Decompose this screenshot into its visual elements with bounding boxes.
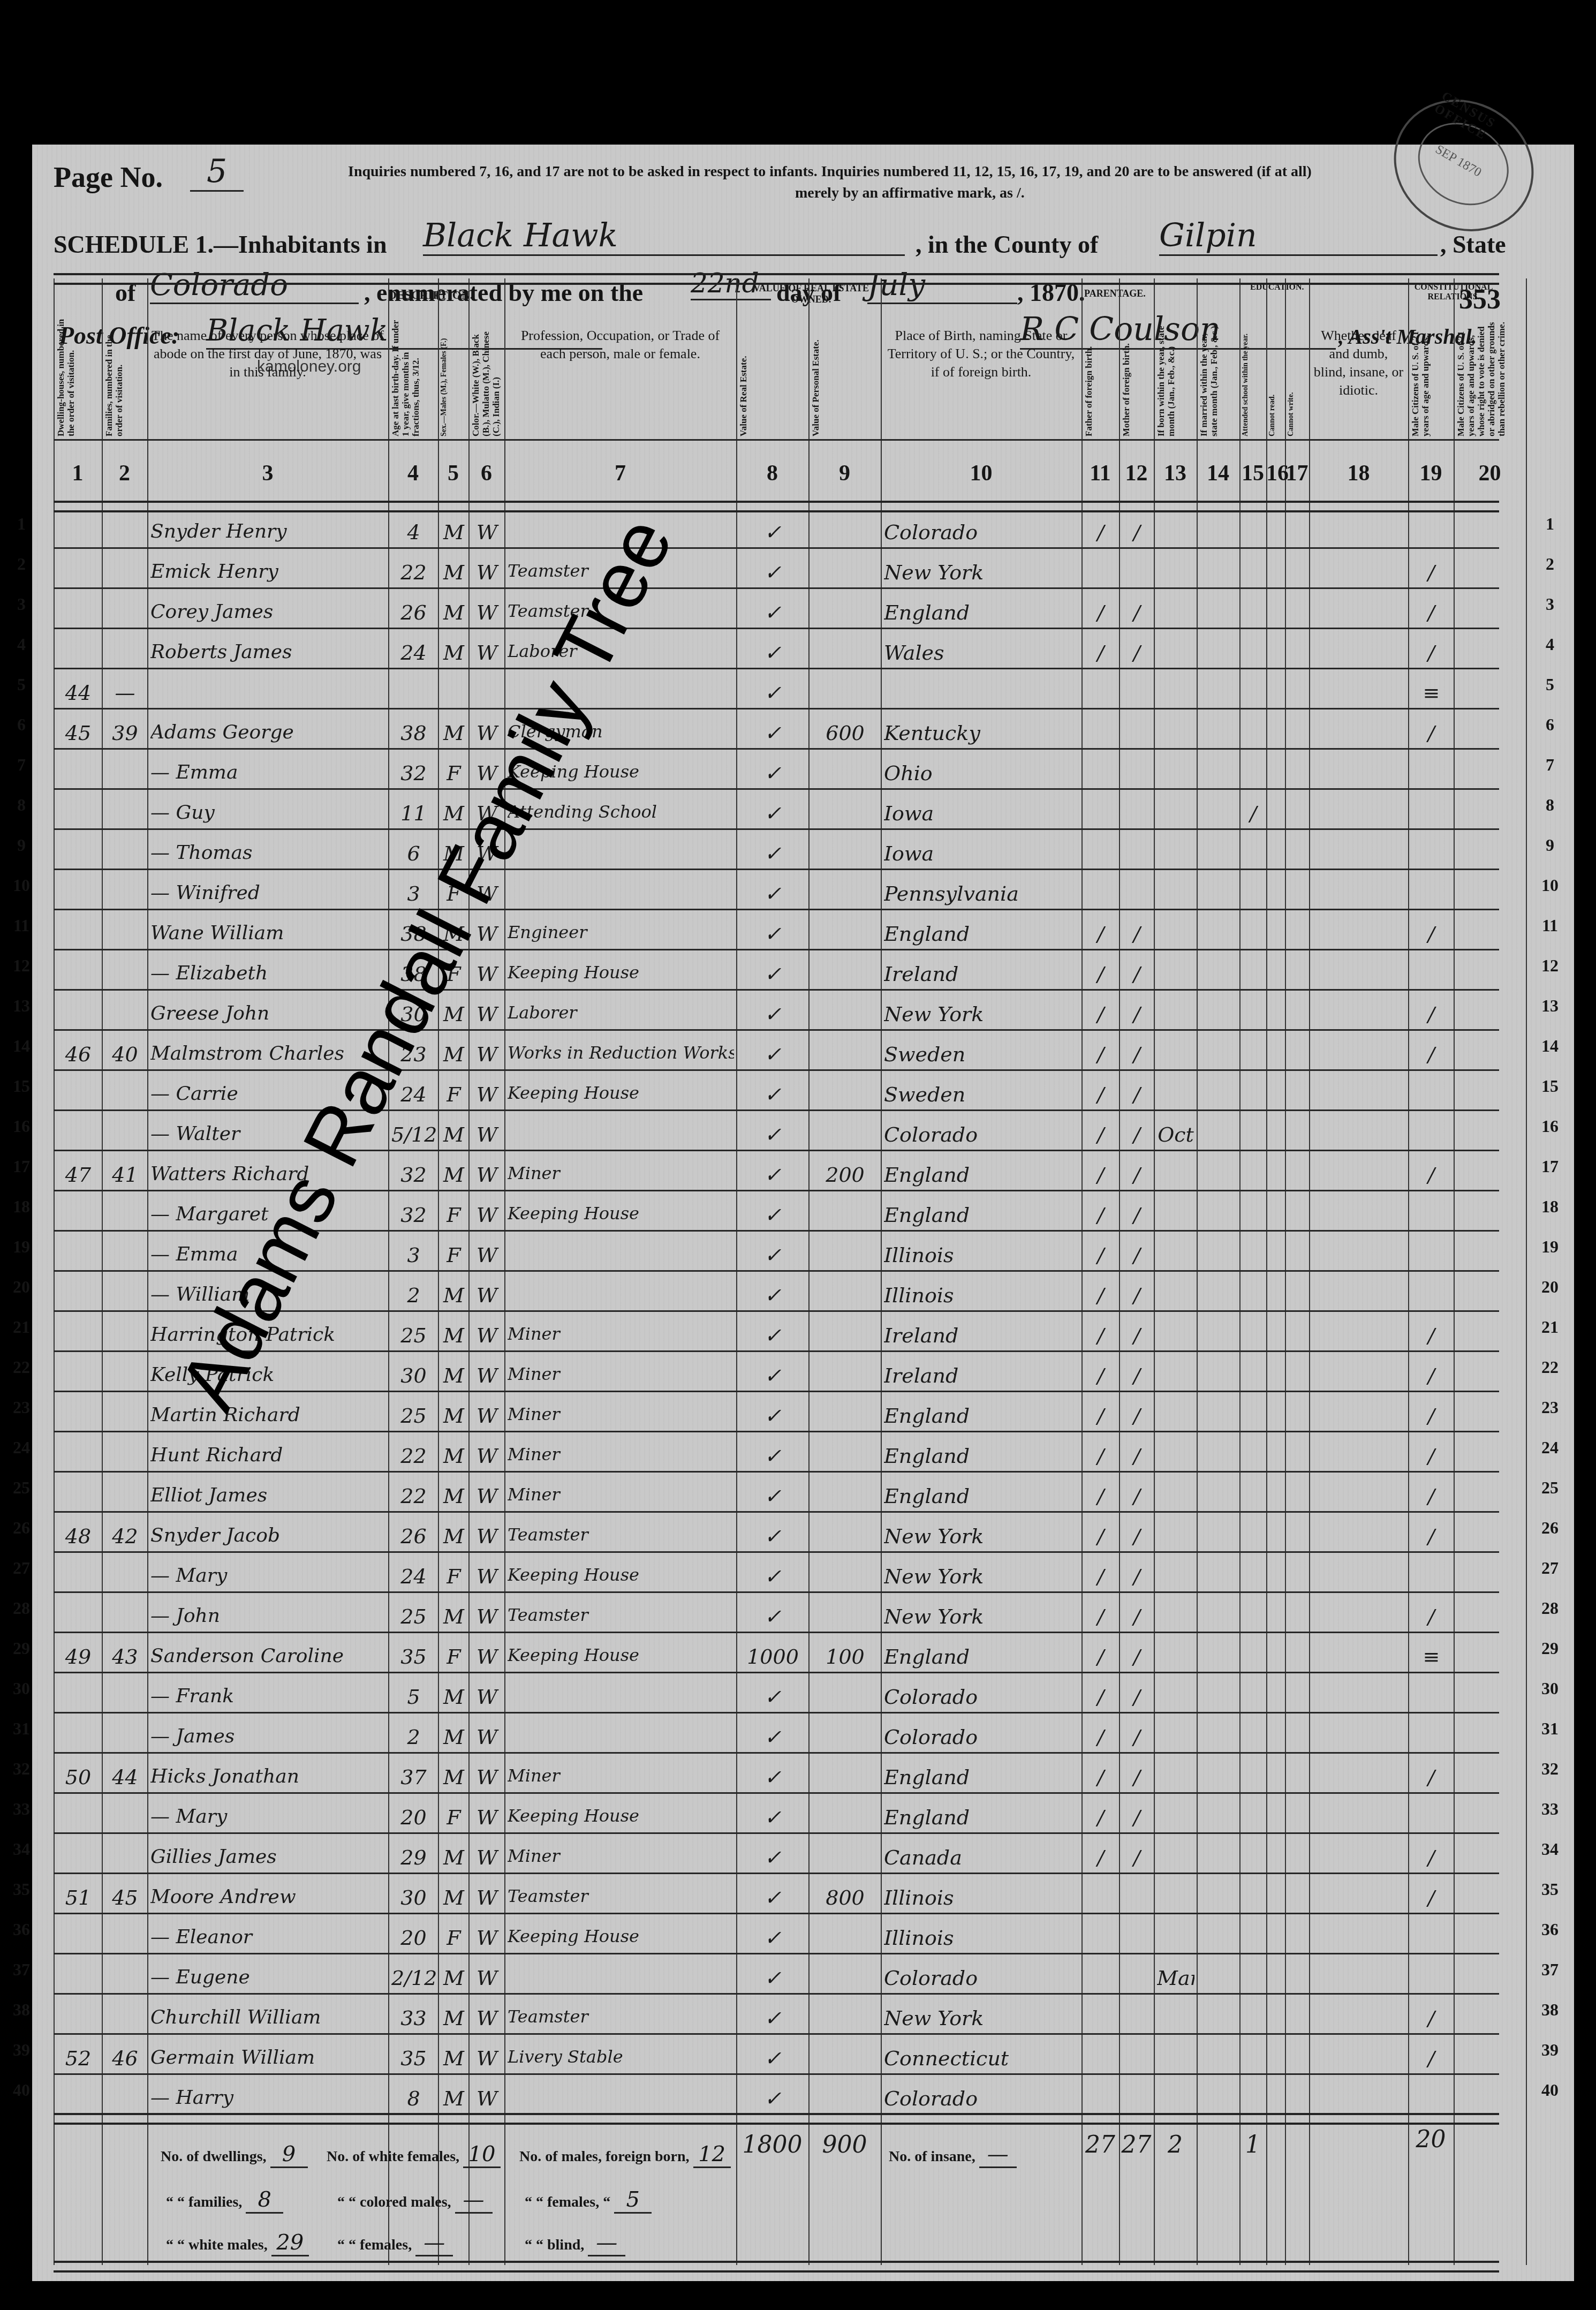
cell-sex: M [441, 1725, 466, 1749]
cell-age: 3 [391, 1243, 436, 1267]
row-rule [54, 1712, 1499, 1713]
row-rule [54, 1591, 1499, 1593]
cell-age: 2/12 [391, 1966, 436, 1990]
row-rule [54, 547, 1499, 549]
cell-father-foreign: / [1085, 1404, 1117, 1428]
cell-name: Wane William [150, 922, 386, 944]
cell-birthplace: Illinois [884, 1243, 1079, 1267]
total-colored-females: “ “ females, — [337, 2230, 453, 2256]
cell-real: ✓ [739, 1765, 806, 1789]
cell-color: W [472, 2006, 502, 2030]
cell-mother-foreign: / [1122, 1243, 1152, 1267]
cell-real: ✓ [739, 1444, 806, 1468]
cell-born-month: Oct [1157, 1123, 1194, 1146]
cell-father-foreign: / [1085, 1364, 1117, 1387]
cell-real: ✓ [739, 1524, 806, 1548]
cell-color: W [472, 1605, 502, 1628]
cell-name: Emick Henry [150, 561, 386, 583]
cell-sex: M [441, 1484, 466, 1508]
cell-color: W [472, 1886, 502, 1909]
cell-father-foreign: / [1085, 1203, 1117, 1227]
line-number-left: 30 [8, 1679, 35, 1698]
cell-citizen: / [1411, 1002, 1451, 1026]
cell-name: Gillies James [150, 1846, 386, 1868]
line-number-right: 25 [1537, 1478, 1563, 1498]
cell-color: W [472, 1364, 502, 1387]
cell-age: 32 [391, 1163, 436, 1187]
cell-personal: 600 [812, 721, 879, 745]
cell-citizen: / [1411, 721, 1451, 745]
line-number-left: 16 [8, 1116, 35, 1136]
cell-father-foreign: / [1085, 1083, 1117, 1106]
cell-sex: M [441, 1765, 466, 1789]
cell-birthplace: England [884, 1806, 1079, 1829]
total-females-foreign-value: 5 [614, 2187, 652, 2214]
total-females-foreign-label: “ “ females, “ [525, 2194, 610, 2210]
line-number-right: 35 [1537, 1879, 1563, 1899]
column-header-15: Attended school within the year. [1242, 316, 1264, 436]
line-number-right: 33 [1537, 1799, 1563, 1819]
cell-sex: M [441, 1043, 466, 1066]
total-colored-females-label: “ “ females, [337, 2237, 412, 2253]
cell-mother-foreign: / [1122, 1806, 1152, 1829]
cell-sex: M [441, 721, 466, 745]
column-divider [388, 278, 389, 2265]
total-citizens: 20 [1408, 2126, 1454, 2153]
cell-color: W [472, 1565, 502, 1588]
cell-age: 24 [391, 641, 436, 665]
line-number-right: 5 [1537, 675, 1563, 694]
total-born-within-year: 2 [1154, 2131, 1197, 2158]
cell-real: ✓ [739, 1002, 806, 1026]
column-number-8: 8 [736, 461, 808, 486]
cell-name: Corey James [150, 601, 386, 623]
cell-mother-foreign: / [1122, 1203, 1152, 1227]
row-rule [54, 1873, 1499, 1874]
line-number-left: 38 [8, 2000, 35, 2020]
cell-birthplace: Connecticut [884, 2047, 1079, 2070]
cell-mother-foreign: / [1122, 1725, 1152, 1749]
cell-father-foreign: / [1085, 1484, 1117, 1508]
line-number-right: 21 [1537, 1317, 1563, 1337]
line-number-right: 23 [1537, 1398, 1563, 1417]
column-header-3: The name of every person whose place of … [152, 327, 384, 381]
cell-sex: M [441, 1284, 466, 1307]
line-number-left: 5 [8, 675, 35, 694]
cell-citizen: / [1411, 561, 1451, 584]
line-number-right: 15 [1537, 1076, 1563, 1096]
cell-age: 22 [391, 561, 436, 584]
column-number-9: 9 [808, 461, 881, 486]
row-rule [54, 1551, 1499, 1553]
cell-family: 45 [105, 1886, 145, 1909]
total-colored-females-value: — [415, 2230, 453, 2256]
line-number-left: 4 [8, 635, 35, 654]
line-number-right: 38 [1537, 2000, 1563, 2020]
cell-occupation: Teamster [508, 1524, 734, 1545]
cell-family: 42 [105, 1524, 145, 1548]
cell-birthplace: Iowa [884, 842, 1079, 865]
line-number-left: 32 [8, 1759, 35, 1779]
line-number-left: 22 [8, 1357, 35, 1377]
column-header-9: Value of Personal Estate. [811, 316, 879, 436]
cell-real: ✓ [739, 1565, 806, 1588]
cell-citizen: / [1411, 1765, 1451, 1789]
cell-birthplace: Ireland [884, 962, 1079, 986]
cell-sex: F [441, 1203, 466, 1227]
line-number-left: 1 [8, 514, 35, 534]
cell-age: 26 [391, 1524, 436, 1548]
total-dwellings: No. of dwellings, 9 [161, 2142, 308, 2168]
cell-color: W [472, 1043, 502, 1066]
column-divider [1119, 278, 1120, 2265]
cell-color: W [472, 1926, 502, 1950]
line-number-right: 8 [1537, 795, 1563, 815]
row-rule [54, 1511, 1499, 1513]
row-rule [54, 1431, 1499, 1432]
cell-mother-foreign: / [1122, 601, 1152, 624]
column-number-13: 13 [1154, 461, 1197, 486]
line-number-left: 31 [8, 1719, 35, 1739]
column-divider [438, 278, 439, 2265]
line-number-left: 3 [8, 594, 35, 614]
cell-occupation: Keeping House [508, 1926, 734, 1946]
total-blind-value: — [588, 2230, 625, 2256]
cell-sex: M [441, 641, 466, 665]
cell-occupation: Miner [508, 1324, 734, 1344]
row-rule [54, 989, 1499, 991]
row-rule [54, 1752, 1499, 1754]
line-number-right: 2 [1537, 554, 1563, 574]
line-number-left: 21 [8, 1317, 35, 1337]
cell-personal: 100 [812, 1645, 879, 1669]
line-number-left: 2 [8, 554, 35, 574]
cell-sex: M [441, 1685, 466, 1709]
cell-father-foreign: / [1085, 1002, 1117, 1026]
line-number-right: 10 [1537, 875, 1563, 895]
total-colored-males-label: “ “ colored males, [337, 2194, 451, 2210]
cell-occupation: Keeping House [508, 1645, 734, 1665]
cell-sex: F [441, 761, 466, 785]
cell-real: ✓ [739, 1083, 806, 1106]
line-number-left: 6 [8, 715, 35, 735]
line-number-right: 30 [1537, 1679, 1563, 1698]
column-divider [1081, 278, 1083, 2265]
column-header-18: Whether deaf and dumb, blind, insane, or… [1313, 327, 1404, 399]
cell-real: ✓ [739, 1605, 806, 1628]
cell-color: W [472, 2087, 502, 2110]
line-number-left: 13 [8, 996, 35, 1016]
line-number-right: 7 [1537, 755, 1563, 775]
row-rule [54, 788, 1499, 790]
cell-family: 40 [105, 1043, 145, 1066]
totals-bottom-rule [54, 2261, 1499, 2273]
cell-name: — James [150, 1725, 386, 1747]
line-number-right: 4 [1537, 635, 1563, 654]
cell-color: W [472, 1324, 502, 1347]
cell-father-foreign: / [1085, 1765, 1117, 1789]
cell-name: — Eugene [150, 1966, 386, 1988]
column-header-20: Male Citizens of U. S. of 21 years of ag… [1456, 316, 1524, 436]
cell-father-foreign: / [1085, 1685, 1117, 1709]
cell-real: ✓ [739, 1163, 806, 1187]
cell-age: 11 [391, 802, 436, 825]
row-rule [54, 1471, 1499, 1473]
cell-age: 22 [391, 1484, 436, 1508]
line-number-left: 9 [8, 835, 35, 855]
column-header-4: Age at last birth-day. If under 1 year, … [390, 316, 436, 436]
line-number-right: 28 [1537, 1598, 1563, 1618]
cell-sex: M [441, 1364, 466, 1387]
total-mother-foreign: 27 [1119, 2131, 1154, 2158]
cell-name: Sanderson Caroline [150, 1645, 386, 1667]
cell-occupation: Miner [508, 1444, 734, 1464]
cell-dwelling: 47 [57, 1163, 100, 1187]
cell-age: 25 [391, 1324, 436, 1347]
cell-father-foreign: / [1085, 1524, 1117, 1548]
cell-color: W [472, 1444, 502, 1468]
cell-occupation: Miner [508, 1404, 734, 1424]
column-number-17: 17 [1285, 461, 1309, 486]
cell-birthplace: New York [884, 1002, 1079, 1026]
line-number-right: 20 [1537, 1277, 1563, 1297]
line-number-right: 14 [1537, 1036, 1563, 1056]
cell-birthplace: England [884, 1404, 1079, 1428]
cell-mother-foreign: / [1122, 1324, 1152, 1347]
cell-real: ✓ [739, 1324, 806, 1347]
column-divider [808, 278, 810, 2265]
cell-age: 32 [391, 1203, 436, 1227]
cell-real: ✓ [739, 721, 806, 745]
line-number-left: 8 [8, 795, 35, 815]
cell-birthplace: New York [884, 2006, 1079, 2030]
cell-birthplace: Iowa [884, 802, 1079, 825]
cell-dwelling: 50 [57, 1765, 100, 1789]
column-number-5: 5 [438, 461, 468, 486]
row-rule [54, 628, 1499, 629]
total-colored-males: “ “ colored males, — [337, 2187, 493, 2214]
line-number-left: 24 [8, 1438, 35, 1458]
column-header-2: Families, numbered in the order of visit… [104, 316, 145, 436]
cell-age: 38 [391, 721, 436, 745]
column-divider [1309, 278, 1310, 2265]
cell-real: ✓ [739, 1806, 806, 1829]
cell-real: ✓ [739, 802, 806, 825]
instructions-line-1: Inquiries numbered 7, 16, and 17 are not… [348, 163, 1312, 180]
cell-mother-foreign: / [1122, 1565, 1152, 1588]
row-rule [54, 1953, 1499, 1954]
row-rule [54, 2073, 1499, 2075]
cell-sex: M [441, 2006, 466, 2030]
cell-color: W [472, 1846, 502, 1869]
cell-sex: M [441, 1846, 466, 1869]
cell-name: — Mary [150, 1565, 386, 1587]
cell-name: — Winifred [150, 882, 386, 904]
cell-age: 22 [391, 1444, 436, 1468]
cell-personal: 200 [812, 1163, 879, 1187]
cell-birthplace: Sweden [884, 1083, 1079, 1106]
cell-citizen: / [1411, 641, 1451, 665]
cell-occupation: Engineer [508, 922, 734, 942]
line-number-left: 28 [8, 1598, 35, 1618]
cell-real: ✓ [739, 1966, 806, 1990]
cell-age: 37 [391, 1765, 436, 1789]
cell-citizen: / [1411, 1324, 1451, 1347]
cell-real: ✓ [739, 922, 806, 946]
line-number-left: 7 [8, 755, 35, 775]
cell-color: W [472, 1083, 502, 1106]
cell-citizen: / [1411, 1364, 1451, 1387]
instructions-line-2: merely by an affirmative mark, as /. [795, 185, 1025, 202]
column-header-12: Mother of foreign birth. [1121, 316, 1152, 436]
line-number-left: 35 [8, 1879, 35, 1899]
cell-birthplace: Kentucky [884, 721, 1079, 745]
total-dwellings-value: 9 [270, 2142, 308, 2168]
total-real-estate: 1800 [736, 2131, 808, 2158]
cell-name: — Emma [150, 761, 386, 783]
column-number-3: 3 [147, 461, 388, 486]
line-number-right: 24 [1537, 1438, 1563, 1458]
cell-color: W [472, 641, 502, 665]
cell-birthplace: Ohio [884, 761, 1079, 785]
cell-birthplace: Pennsylvania [884, 882, 1079, 905]
cell-father-foreign: / [1085, 641, 1117, 665]
cell-age: 26 [391, 601, 436, 624]
cell-real: ✓ [739, 2006, 806, 2030]
cell-occupation: Keeping House [508, 1565, 734, 1585]
cell-mother-foreign: / [1122, 1083, 1152, 1106]
cell-birthplace: England [884, 601, 1079, 624]
column-number-4: 4 [388, 461, 438, 486]
line-number-right: 19 [1537, 1237, 1563, 1257]
cell-birthplace: New York [884, 561, 1079, 584]
cell-age: 5/12 [391, 1123, 436, 1146]
cell-name: — John [150, 1605, 386, 1627]
cell-real: ✓ [739, 1404, 806, 1428]
total-families-value: 8 [246, 2187, 283, 2214]
cell-mother-foreign: / [1122, 1605, 1152, 1628]
total-males-foreign-label: No. of males, foreign born, [519, 2148, 690, 2165]
cell-occupation: Livery Stable [508, 2047, 734, 2067]
cell-real: ✓ [739, 681, 806, 705]
cell-real: ✓ [739, 1243, 806, 1267]
column-number-16: 16 [1266, 461, 1285, 486]
line-number-right: 11 [1537, 916, 1563, 935]
cell-mother-foreign: / [1122, 922, 1152, 946]
row-rule [54, 587, 1499, 589]
total-school: 1 [1239, 2131, 1266, 2158]
cell-age: 20 [391, 1806, 436, 1829]
column-header-11: Father of foreign birth. [1084, 316, 1117, 436]
cell-real: ✓ [739, 561, 806, 584]
line-number-left: 37 [8, 1960, 35, 1980]
cell-age: 35 [391, 2047, 436, 2070]
column-number-19: 19 [1408, 461, 1454, 486]
cell-occupation: Keeping House [508, 1203, 734, 1224]
cell-real: ✓ [739, 761, 806, 785]
cell-birthplace: England [884, 922, 1079, 946]
line-number-left: 12 [8, 956, 35, 976]
cell-color: W [472, 1685, 502, 1709]
column-divider [54, 278, 55, 2265]
page-number: 5 [190, 153, 244, 192]
cell-age: 5 [391, 1685, 436, 1709]
cell-birthplace: England [884, 1163, 1079, 1187]
column-number-2: 2 [102, 461, 147, 486]
cell-birthplace: Illinois [884, 1926, 1079, 1950]
cell-color: W [472, 1284, 502, 1307]
column-number-12: 12 [1119, 461, 1154, 486]
cell-age: 8 [391, 2087, 436, 2110]
cell-sex: F [441, 1645, 466, 1669]
total-dwellings-label: No. of dwellings, [161, 2148, 267, 2165]
cell-name: — Harry [150, 2087, 386, 2109]
cell-birthplace: Illinois [884, 1284, 1079, 1307]
column-divider [147, 278, 148, 2265]
cell-age: 2 [391, 1725, 436, 1749]
cell-father-foreign: / [1085, 1243, 1117, 1267]
cell-citizen: / [1411, 1404, 1451, 1428]
total-colored-males-value: — [455, 2187, 493, 2214]
cell-citizen: / [1411, 922, 1451, 946]
row-rule [54, 1069, 1499, 1071]
cell-birthplace: Colorado [884, 2087, 1079, 2110]
cell-sex: M [441, 601, 466, 624]
totals-top-rule [54, 2113, 1499, 2125]
cell-birthplace: Colorado [884, 520, 1079, 544]
column-divider [102, 278, 103, 2265]
cell-real: ✓ [739, 1364, 806, 1387]
line-number-right: 34 [1537, 1839, 1563, 1859]
cell-mother-foreign: / [1122, 1444, 1152, 1468]
total-blind: “ “ blind, — [525, 2230, 625, 2256]
cell-birthplace: England [884, 1765, 1079, 1789]
total-white-males-value: 29 [271, 2230, 309, 2256]
cell-age: 35 [391, 1645, 436, 1669]
cell-mother-foreign: / [1122, 1123, 1152, 1146]
cell-color: W [472, 1243, 502, 1267]
line-number-left: 29 [8, 1639, 35, 1658]
cell-citizen: / [1411, 601, 1451, 624]
line-number-right: 18 [1537, 1197, 1563, 1217]
cell-occupation: Miner [508, 1484, 734, 1505]
total-insane-label: No. of insane, [889, 2148, 975, 2165]
cell-occupation: Teamster [508, 1886, 734, 1906]
cell-mother-foreign: / [1122, 962, 1152, 986]
line-number-left: 17 [8, 1157, 35, 1176]
cell-birthplace: Ireland [884, 1364, 1079, 1387]
cell-birthplace: England [884, 1444, 1079, 1468]
cell-name: Germain William [150, 2047, 386, 2069]
cell-name: — Guy [150, 802, 386, 824]
cell-real: ✓ [739, 1284, 806, 1307]
line-number-left: 25 [8, 1478, 35, 1498]
cell-color: W [472, 601, 502, 624]
line-number-left: 10 [8, 875, 35, 895]
cell-citizen: / [1411, 1846, 1451, 1869]
column-header-1: Dwelling-houses, numbered in the order o… [56, 316, 100, 436]
cell-birthplace: Wales [884, 641, 1079, 665]
cell-dwelling: 44 [57, 681, 100, 705]
line-number-left: 33 [8, 1799, 35, 1819]
cell-birthplace: Colorado [884, 1966, 1079, 1990]
line-number-left: 14 [8, 1036, 35, 1056]
cell-real: ✓ [739, 962, 806, 986]
cell-mother-foreign: / [1122, 641, 1152, 665]
column-divider [1408, 278, 1409, 2265]
line-number-right: 26 [1537, 1518, 1563, 1538]
cell-color: W [472, 561, 502, 584]
